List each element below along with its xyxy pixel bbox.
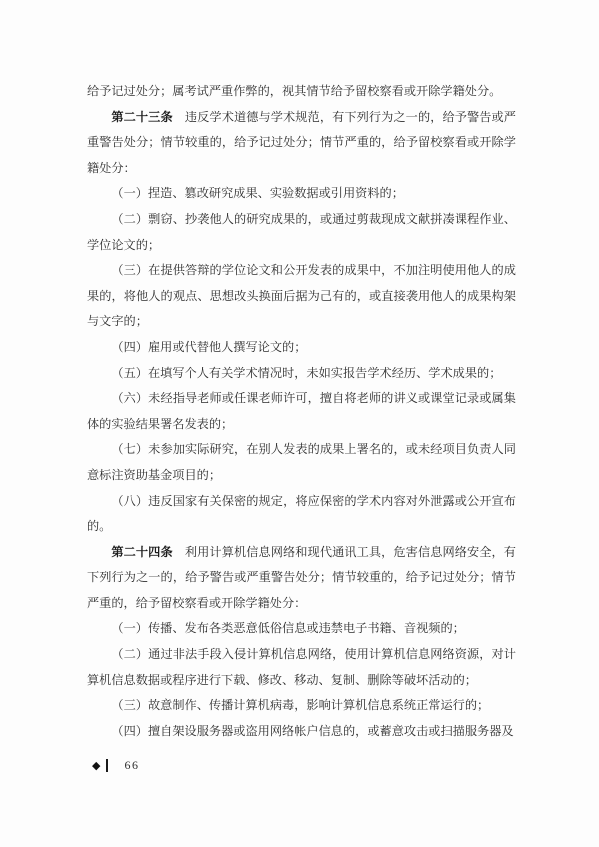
article-24-item-4: （四）擅自架设服务器或盗用网络帐户信息的，或蓄意攻击或扫描服务器及	[87, 719, 516, 745]
document-text-block: 给予记过处分；属考试严重作弊的，视其情节给予留校察看或开除学籍处分。 第二十三条…	[87, 79, 516, 744]
article-23-item-6: （六）未经指导老师或任课老师许可，擅自将老师的讲义或课堂记录或属集体的实验结果署…	[87, 386, 516, 437]
article-23-item-3: （三）在提供答辩的学位论文和公开发表的成果中，不加注明使用他人的成果的，将他人的…	[87, 258, 516, 335]
footer-divider	[106, 759, 108, 772]
article-23-item-5: （五）在填写个人有关学术情况时，未如实报告学术经历、学术成果的；	[87, 361, 516, 387]
page-footer: ◆ 66	[92, 756, 139, 774]
article-23-number: 第二十三条	[111, 110, 172, 124]
article-24-number: 第二十四条	[111, 545, 172, 559]
page-number: 66	[124, 758, 139, 773]
diamond-icon: ◆	[92, 760, 100, 771]
article-23-paragraph: 第二十三条违反学术道德与学术规范，有下列行为之一的，给予警告或严重警告处分；情节…	[87, 105, 516, 182]
document-page: 给予记过处分；属考试严重作弊的，视其情节给予留校察看或开除学籍处分。 第二十三条…	[0, 0, 599, 847]
article-24-item-1: （一）传播、发布各类恶意低俗信息或违禁电子书籍、音视频的；	[87, 616, 516, 642]
article-23-item-8: （八）违反国家有关保密的规定，将应保密的学术内容对外泄露或公开宣布的。	[87, 489, 516, 540]
article-24-paragraph: 第二十四条利用计算机信息网络和现代通讯工具，危害信息网络安全，有下列行为之一的，…	[87, 540, 516, 617]
article-23-item-2: （二）剽窃、抄袭他人的研究成果的，或通过剪裁现成文献拼凑课程作业、学位论文的；	[87, 207, 516, 258]
paragraph-continuation: 给予记过处分；属考试严重作弊的，视其情节给予留校察看或开除学籍处分。	[87, 79, 516, 105]
article-23-item-4: （四）雇用或代替他人撰写论文的；	[87, 335, 516, 361]
article-24-item-3: （三）故意制作、传播计算机病毒，影响计算机信息系统正常运行的；	[87, 693, 516, 719]
article-24-item-2: （二）通过非法手段入侵计算机信息网络，使用计算机信息网络资源，对计算机信息数据或…	[87, 642, 516, 693]
article-23-item-7: （七）未参加实际研究，在别人发表的成果上署名的，或未经项目负责人同意标注资助基金…	[87, 437, 516, 488]
article-23-item-1: （一）捏造、篡改研究成果、实验数据或引用资料的；	[87, 181, 516, 207]
